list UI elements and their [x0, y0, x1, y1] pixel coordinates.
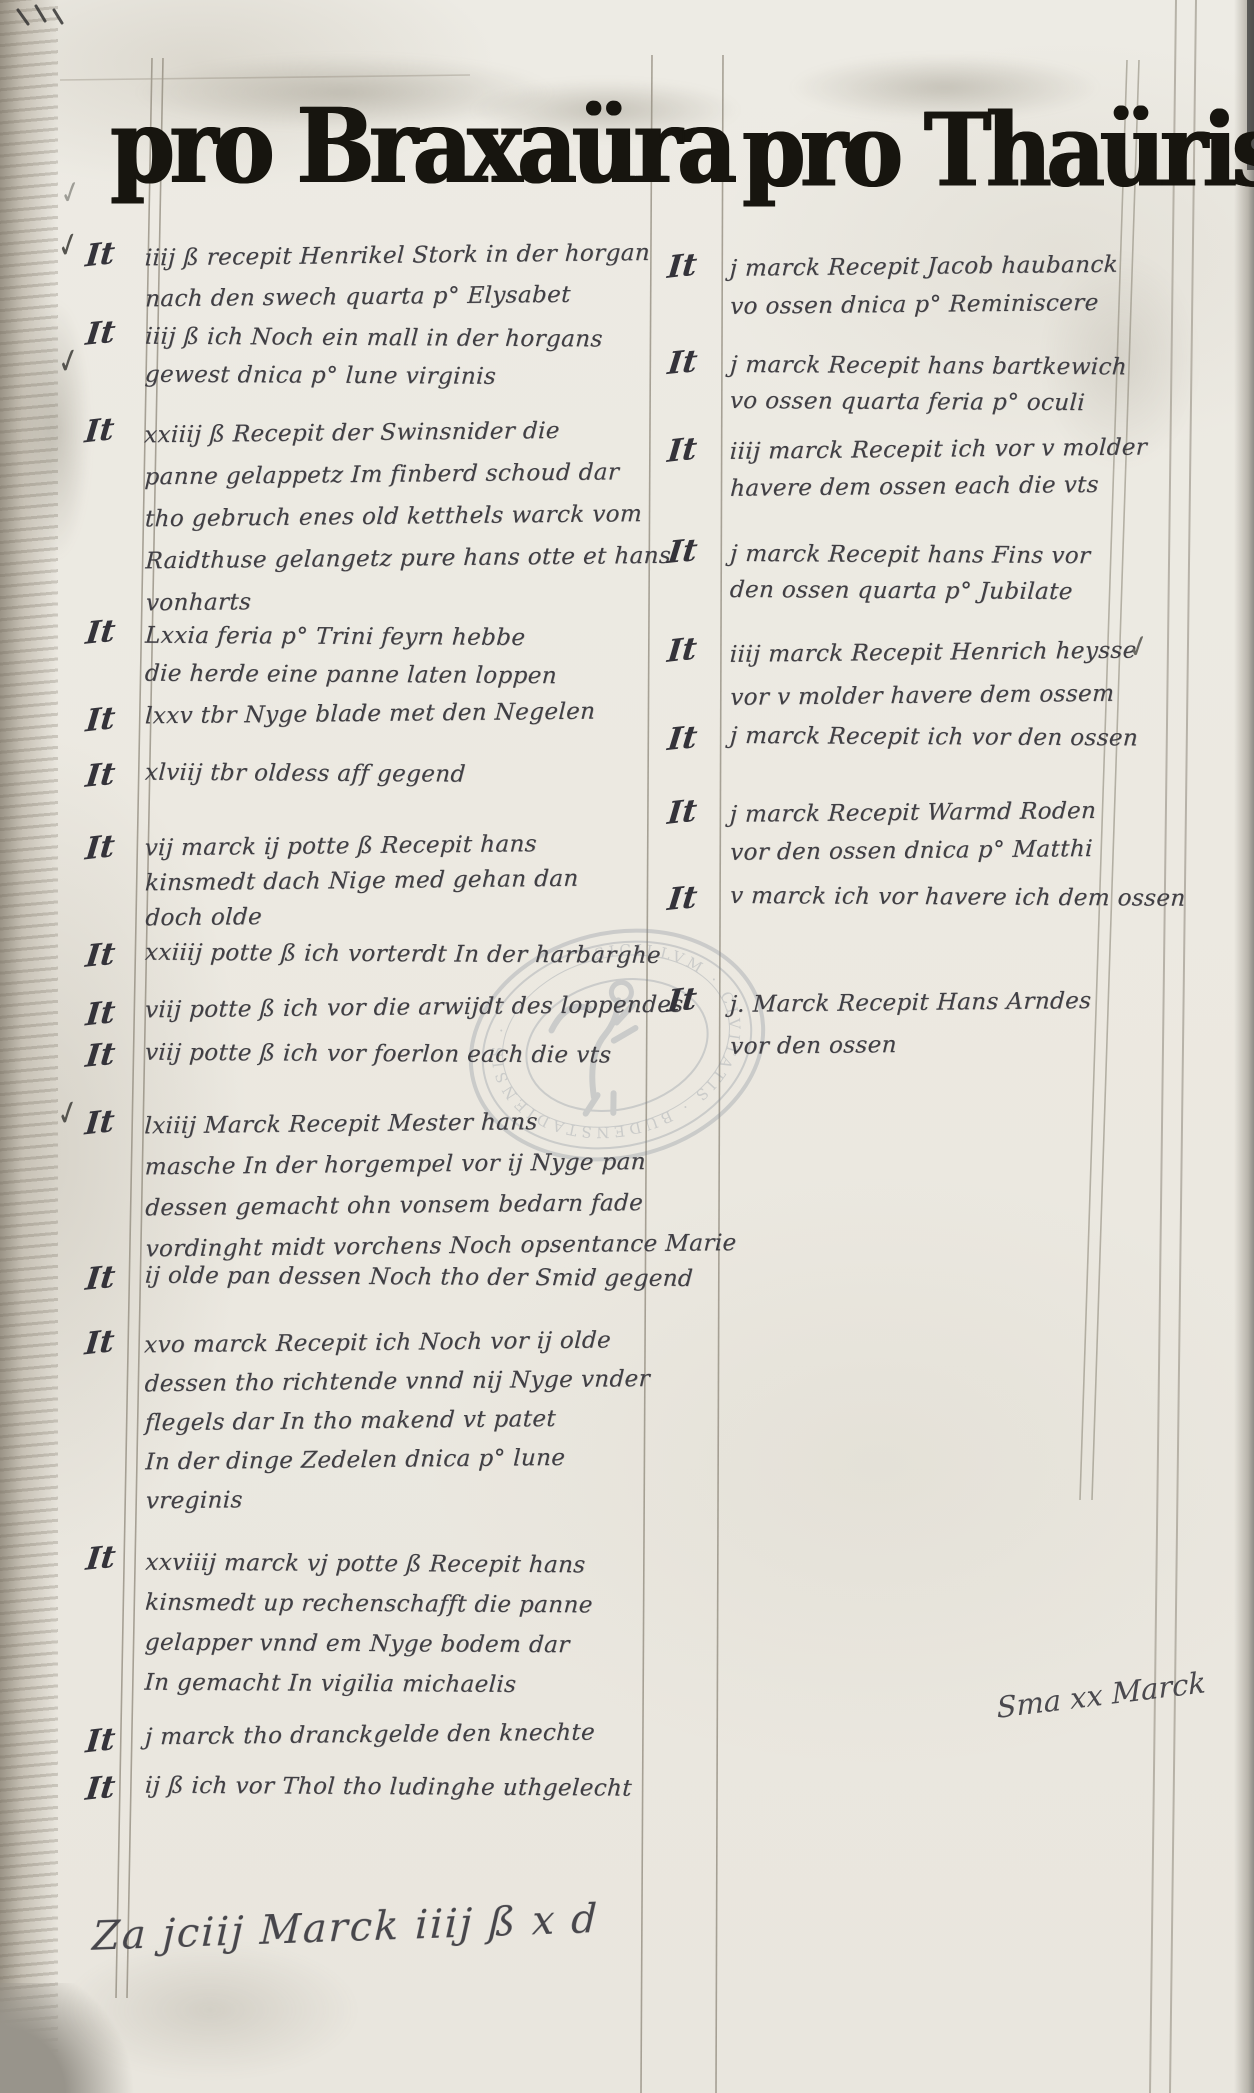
- entry-line: In gemacht In vigilia michaelis: [143, 1663, 646, 1706]
- item-mark: It: [84, 1539, 117, 1578]
- item-mark: It: [84, 756, 117, 795]
- entry-line: kinsmedt dach Nige med gehan dan: [144, 861, 646, 901]
- ledger-entry: It j marck Recepit ich vor den ossen: [668, 723, 1138, 752]
- item-mark: It: [666, 631, 699, 670]
- ledger-entry: It xxiiij potte ß ich vorterdt In der ha…: [86, 939, 646, 968]
- ledger-entry: ✓ It iiij ß recepit Henrikel Stork in de…: [86, 233, 647, 321]
- item-mark: It: [666, 793, 699, 832]
- item-mark: It: [84, 1036, 117, 1075]
- entry-line: iiij marck Recepit ich vor v molder: [729, 430, 1139, 471]
- ledger-entry: ✓ It lxiiij Marck Recepit Mester hans ma…: [85, 1101, 647, 1271]
- entry-line: lxiiij Marck Recepit Mester hans: [144, 1101, 647, 1147]
- entry-line: vo ossen quarta feria p° oculi: [729, 383, 1139, 421]
- entry-line: nach den swech quarta p° Elysabet: [144, 274, 647, 320]
- entry-line: xvo marck Recepit ich Noch vor ij olde: [143, 1321, 646, 1365]
- item-mark: It: [83, 1323, 116, 1362]
- item-mark: It: [84, 700, 117, 739]
- item-mark: It: [84, 314, 117, 353]
- entry-line: panne gelappetz Im finberd schoud dar: [144, 451, 647, 498]
- item-mark: It: [83, 1103, 116, 1142]
- entry-line: Raidthuse gelangetz pure hans otte et ha…: [145, 535, 648, 582]
- scanned-manuscript: pro Braxaüra pro Thaüris SIGILLVM · CIVI…: [0, 0, 1254, 2093]
- column-header-left: pro Braxaüra: [110, 86, 731, 207]
- entry-line: j marck Recepit Jacob haubanck: [729, 246, 1139, 288]
- ledger-entry: It xxviiij marck vj potte ß Recepit hans…: [86, 1542, 647, 1705]
- entry-line: lxxv tbr Nyge blade met den Negelen: [144, 698, 646, 729]
- entry-line: viij potte ß ich vor die arwijdt des lop…: [144, 992, 646, 1023]
- entry-line: In der dinge Zedelen dnica p° lune: [145, 1438, 648, 1482]
- entry-line: iiij marck Recepit Henrich heysse: [729, 630, 1139, 677]
- ledger-entry: It ij ß ich vor Thol tho ludinghe uthgel…: [86, 1772, 646, 1801]
- item-mark: It: [84, 1259, 117, 1298]
- ledger-entry: It iiij marck Recepit ich vor v molder h…: [668, 430, 1139, 509]
- ledger-entry: It j marck Recepit hans Fins vor den oss…: [668, 536, 1138, 611]
- entry-line: vor v molder havere dem ossem: [729, 673, 1139, 720]
- ledger-entry: It j marck Recepit Warmd Roden vor den o…: [668, 792, 1139, 873]
- item-mark: It: [84, 235, 117, 274]
- entry-line: ij olde pan dessen Noch tho der Smid geg…: [144, 1263, 647, 1292]
- ledger-entry: It viij potte ß ich vor foerlon each die…: [86, 1039, 646, 1068]
- item-mark: It: [84, 1769, 117, 1808]
- entry-line: gewest dnica p° lune virginis: [144, 356, 647, 397]
- entry-line: iiij ß recepit Henrikel Stork in der hor…: [144, 233, 647, 279]
- entry-line: dessen tho richtende vnnd nij Nyge vnder: [144, 1360, 647, 1404]
- entry-line: die herde eine panne laten loppen: [144, 655, 647, 696]
- item-mark: It: [84, 828, 117, 867]
- entry-line: masche In der horgempel vor ij Nyge pan: [144, 1142, 647, 1188]
- ledger-entry: It ij olde pan dessen Noch tho der Smid …: [86, 1262, 646, 1291]
- column-header-right: pro Thaüris: [742, 92, 1254, 211]
- entry-line: xxiiij potte ß ich vorterdt In der harba…: [144, 940, 647, 969]
- ledger-entry: It xxiiij ß Recepit der Swinsnider die p…: [85, 409, 647, 625]
- entry-line: doch olde: [145, 896, 647, 936]
- entry-line: vij marck ij potte ß Recepit hans: [144, 826, 646, 866]
- entry-line: ij ß ich vor Thol tho ludinghe uthgelech…: [144, 1773, 647, 1802]
- entry-line: vor den ossen dnica p° Matthi: [729, 830, 1139, 872]
- manuscript-page: pro Braxaüra pro Thaüris SIGILLVM · CIVI…: [0, 0, 1254, 2093]
- item-mark: It: [83, 411, 116, 450]
- entry-line: j marck Recepit ich vor den ossen: [729, 723, 1139, 751]
- item-mark: It: [84, 613, 117, 652]
- entry-line: tho gebruch enes old ketthels warck vom: [144, 493, 647, 540]
- item-mark: It: [84, 936, 117, 975]
- item-mark: It: [666, 879, 699, 918]
- entry-line: j. Marck Recepit Hans Arndes: [729, 980, 1139, 1026]
- entry-line: xxviiij marck vj potte ß Recepit hans: [144, 1543, 647, 1586]
- ledger-entry: It j marck Recepit hans bartkewich vo os…: [668, 347, 1138, 422]
- item-mark: It: [666, 247, 699, 286]
- entry-line: j marck Recepit hans Fins vor: [729, 536, 1139, 574]
- entry-line: xxiiij ß Recepit der Swinsnider die: [143, 409, 646, 456]
- ledger-entry: It Lxxia feria p° Trini feyrn hebbe die …: [86, 616, 646, 695]
- item-mark: It: [666, 532, 699, 571]
- entry-line: flegels dar In tho makend vt patet: [144, 1399, 647, 1443]
- ledger-entry: It xvo marck Recepit ich Noch vor ij old…: [85, 1321, 647, 1522]
- ledger-entry: It j. Marck Recepit Hans Arndes vor den …: [668, 980, 1139, 1069]
- item-mark: It: [666, 981, 699, 1020]
- entry-line: xlviij tbr oldess aff gegend: [144, 760, 647, 789]
- item-mark: It: [84, 994, 117, 1033]
- ledger-entry: It v marck ich vor havere ich dem ossen: [668, 883, 1138, 912]
- entry-line: havere dem ossen each die vts: [729, 467, 1139, 508]
- entry-line: j marck Recepit hans bartkewich: [729, 347, 1139, 385]
- ledger-entry: It j marck Recepit Jacob haubanck vo oss…: [668, 246, 1139, 327]
- ledger-entry: It vij marck ij potte ß Recepit hans kin…: [85, 826, 646, 937]
- entry-line: Lxxia feria p° Trini feyrn hebbe: [144, 617, 647, 658]
- entry-line: vor den ossen: [729, 1022, 1139, 1068]
- entry-line: den ossen quarta p° Jubilate: [729, 572, 1139, 610]
- item-mark: It: [666, 343, 699, 382]
- item-mark: It: [666, 719, 699, 758]
- entry-line: j marck tho dranckgelde den knechte: [144, 1719, 646, 1750]
- entry-line: kinsmedt up rechenschafft die panne: [144, 1583, 647, 1626]
- entry-line: dessen gemacht ohn vonsem bedarn fade: [144, 1183, 647, 1229]
- entry-line: v marck ich vor havere ich dem ossen: [729, 883, 1139, 911]
- ledger-entry: It xlviij tbr oldess aff gegend: [86, 759, 646, 788]
- ledger-entry: ✓ It iiij ß ich Noch ein mall in der hor…: [86, 317, 646, 396]
- entry-line: iiij ß ich Noch ein mall in der horgans: [144, 318, 647, 359]
- entry-line: gelapper vnnd em Nyge bodem dar: [144, 1623, 647, 1666]
- item-mark: It: [84, 1721, 117, 1760]
- entry-line: vo ossen dnica p° Reminiscere: [729, 284, 1139, 326]
- ledger-entry: It iiij marck Recepit Henrich heysse vor…: [668, 630, 1139, 721]
- item-mark: It: [666, 431, 699, 470]
- entry-line: viij potte ß ich vor foerlon each die vt…: [144, 1040, 647, 1069]
- entry-line: vreginis: [145, 1477, 648, 1521]
- entry-line: j marck Recepit Warmd Roden: [729, 792, 1139, 834]
